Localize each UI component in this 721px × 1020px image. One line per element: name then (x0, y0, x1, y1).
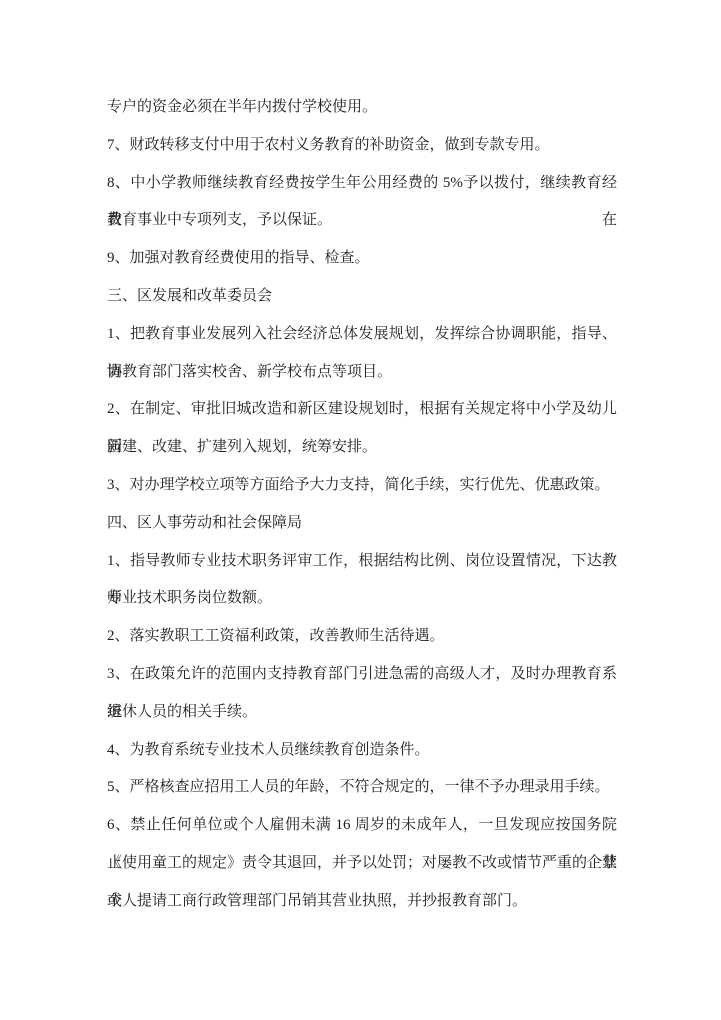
document-line: 新建、改建、扩建列入规划，统筹安排。 (107, 429, 617, 467)
document-line: 6、禁止任何单位或个人雇佣未满 16 周岁的未成年人，一旦发现应按国务院《禁 (107, 807, 617, 845)
document-line: 调教育部门落实校舍、新学校布点等项目。 (107, 354, 617, 392)
document-line: 1、把教育事业发展列入社会经济总体发展规划，发挥综合协调职能，指导、协 (107, 316, 617, 354)
document-line: 1、指导教师专业技术职务评审工作，根据结构比例、岗位设置情况，下达教师 (107, 543, 617, 581)
document-page: 专户的资金必须在半年内拨付学校使用。7、财政转移支付中用于农村义务教育的补助资金… (0, 0, 721, 1020)
document-line: 三、区发展和改革委员会 (107, 278, 617, 316)
document-line: 专业技术职务岗位数额。 (107, 580, 617, 618)
document-line: 专户的资金必须在半年内拨付学校使用。 (107, 89, 617, 127)
document-line: 3、在政策允许的范围内支持教育部门引进急需的高级人才，及时办理教育系统 (107, 656, 617, 694)
document-line: 4、为教育系统专业技术人员继续教育创造条件。 (107, 732, 617, 770)
document-line: 止使用童工的规定》责令其退回，并予以处罚；对屡教不改或情节严重的企业或 (107, 845, 617, 883)
document-line: 2、在制定、审批旧城改造和新区建设规划时，根据有关规定将中小学及幼儿园 (107, 391, 617, 429)
document-line: 8、中小学教师继续教育经费按学生年公用经费的 5%予以拨付，继续教育经费在 (107, 165, 617, 203)
document-line: 7、财政转移支付中用于农村义务教育的补助资金，做到专款专用。 (107, 127, 617, 165)
document-line: 3、对办理学校立项等方面给予大力支持，简化手续，实行优先、优惠政策。 (107, 467, 617, 505)
document-line: 9、加强对教育经费使用的指导、检查。 (107, 240, 617, 278)
document-line: 5、严格核查应招用工人员的年龄，不符合规定的，一律不予办理录用手续。 (107, 769, 617, 807)
document-line: 2、落实教职工工资福利政策，改善教师生活待遇。 (107, 618, 617, 656)
document-line: 四、区人事劳动和社会保障局 (107, 505, 617, 543)
document-line: 个人提请工商行政管理部门吊销其营业执照，并抄报教育部门。 (107, 883, 617, 921)
document-body: 专户的资金必须在半年内拨付学校使用。7、财政转移支付中用于农村义务教育的补助资金… (107, 89, 617, 921)
document-line: 退休人员的相关手续。 (107, 694, 617, 732)
